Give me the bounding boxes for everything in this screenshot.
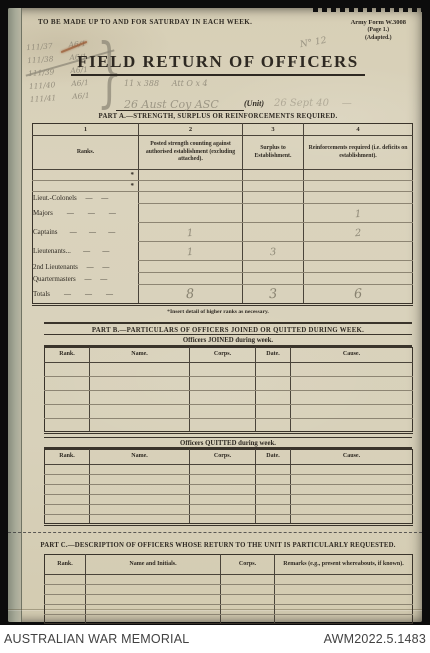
rank-label: Quartermasters — — bbox=[33, 273, 139, 285]
rank-label: Captains — — — bbox=[33, 223, 139, 242]
part-a-table: 1 2 3 4 Ranks. Posted strength counting … bbox=[32, 123, 413, 306]
rank-label: 2nd Lieutenants — — bbox=[33, 261, 139, 273]
empty-cell bbox=[190, 419, 256, 433]
part-c-empty-row bbox=[45, 585, 413, 595]
empty-cell bbox=[45, 475, 90, 485]
col-header-surplus: Surplus to Establishment. bbox=[243, 136, 304, 170]
empty-cell bbox=[90, 505, 190, 515]
empty-cell bbox=[190, 505, 256, 515]
header-corps: Corps. bbox=[221, 555, 275, 575]
empty-cell bbox=[45, 585, 86, 595]
part-c-header-row: Rank. Name and Initials. Corps. Remarks … bbox=[45, 555, 413, 575]
empty-cell bbox=[256, 485, 291, 495]
empty-cell bbox=[291, 495, 413, 505]
header-cause: Cause. bbox=[291, 450, 413, 465]
joined-empty-row bbox=[45, 419, 413, 433]
empty-cell bbox=[86, 615, 221, 625]
officers-joined-table: Rank. Name. Corps. Date. Cause. bbox=[44, 347, 413, 434]
empty-cell bbox=[45, 419, 90, 433]
empty-cell bbox=[86, 595, 221, 605]
handwritten-value: 2 bbox=[354, 229, 361, 239]
empty-cell bbox=[256, 475, 291, 485]
col-number: 3 bbox=[243, 124, 304, 136]
perforation-line bbox=[8, 532, 422, 533]
joined-empty-row bbox=[45, 377, 413, 391]
empty-cell bbox=[190, 485, 256, 495]
empty-cell bbox=[90, 363, 190, 377]
part-a-value-cell bbox=[139, 273, 243, 285]
empty-cell bbox=[45, 495, 90, 505]
empty-cell bbox=[221, 595, 275, 605]
col-header-reinforcements: Reinforcements required (i.e. deficits o… bbox=[304, 136, 413, 170]
empty-cell bbox=[291, 485, 413, 495]
part-c-empty-row bbox=[45, 595, 413, 605]
part-a-value-cell: 2 bbox=[304, 223, 413, 242]
col-header-posted-strength: Posted strength counting against authori… bbox=[139, 136, 243, 170]
empty-cell bbox=[275, 585, 413, 595]
part-a-value-cell bbox=[304, 170, 413, 181]
handwritten-value: 1 bbox=[354, 210, 361, 220]
officers-quitted-title: Officers QUITTED during week. bbox=[44, 437, 412, 449]
empty-cell bbox=[190, 391, 256, 405]
part-c-empty-row bbox=[45, 605, 413, 615]
rank-label: Totals — — — bbox=[33, 285, 139, 305]
handwritten-reference: 11 x 388 Att O x 4 bbox=[124, 79, 412, 88]
part-a-value-cell bbox=[304, 192, 413, 204]
unit-label: (Unit) bbox=[244, 99, 264, 108]
part-a-value-cell: 1 bbox=[304, 204, 413, 223]
empty-cell bbox=[45, 391, 90, 405]
header-date: Date. bbox=[256, 348, 291, 363]
quitted-empty-row bbox=[45, 475, 413, 485]
empty-cell bbox=[90, 405, 190, 419]
rank-label: Lieut.-Colonels — — bbox=[33, 192, 139, 204]
part-a-value-cell bbox=[243, 223, 304, 242]
rank-label: * bbox=[33, 181, 139, 192]
part-a-value-cell: 1 bbox=[139, 223, 243, 242]
part-a-totals-row: Totals — — —836 bbox=[33, 285, 413, 305]
part-a-value-cell: 8 bbox=[139, 285, 243, 305]
empty-cell bbox=[256, 505, 291, 515]
header-name: Name. bbox=[90, 348, 190, 363]
empty-cell bbox=[256, 405, 291, 419]
col-number: 4 bbox=[304, 124, 413, 136]
part-a-value-cell: 3 bbox=[243, 242, 304, 261]
empty-cell bbox=[190, 465, 256, 475]
part-a-column-numbers: 1 2 3 4 bbox=[33, 124, 413, 136]
header-rank: Rank. bbox=[45, 450, 90, 465]
part-a-value-cell: 1 bbox=[139, 242, 243, 261]
empty-cell bbox=[45, 465, 90, 475]
handwritten-value: 6 bbox=[353, 288, 362, 302]
header-cause: Cause. bbox=[291, 348, 413, 363]
part-a-star-row: * bbox=[33, 181, 413, 192]
header-date: Date. bbox=[256, 450, 291, 465]
handwritten-value: 3 bbox=[268, 288, 277, 302]
joined-empty-row bbox=[45, 363, 413, 377]
form-content: TO BE MADE UP TO AND FOR SATURDAY IN EAC… bbox=[8, 8, 422, 622]
empty-cell bbox=[90, 391, 190, 405]
photo-of-document: Army Form W.3008 (Page 1.) (Adapted.) N°… bbox=[0, 0, 430, 653]
empty-cell bbox=[90, 475, 190, 485]
empty-cell bbox=[86, 575, 221, 585]
empty-cell bbox=[190, 363, 256, 377]
unit-write-line: 26 Aust Coy ASC bbox=[116, 98, 244, 111]
empty-cell bbox=[256, 515, 291, 525]
header-name-initials: Name and Initials. bbox=[86, 555, 221, 575]
archive-caption-bar: AUSTRALIAN WAR MEMORIAL AWM2022.5.1483 bbox=[0, 625, 430, 653]
part-a-header-row: Ranks. Posted strength counting against … bbox=[33, 136, 413, 170]
empty-cell bbox=[45, 377, 90, 391]
empty-cell bbox=[291, 419, 413, 433]
empty-cell bbox=[86, 585, 221, 595]
part-a-value-cell bbox=[243, 181, 304, 192]
part-c-empty-row bbox=[45, 575, 413, 585]
handwritten-value: 3 bbox=[269, 248, 276, 258]
empty-cell bbox=[256, 495, 291, 505]
part-a-value-cell bbox=[243, 170, 304, 181]
rank-label: Majors — — — bbox=[33, 204, 139, 223]
empty-cell bbox=[190, 405, 256, 419]
joined-empty-row bbox=[45, 391, 413, 405]
part-a-value-cell bbox=[304, 273, 413, 285]
empty-cell bbox=[45, 595, 86, 605]
part-a-value-cell bbox=[139, 170, 243, 181]
part-a-rank-row: Lieut.-Colonels — — bbox=[33, 192, 413, 204]
empty-cell bbox=[291, 505, 413, 515]
empty-cell bbox=[45, 485, 90, 495]
empty-cell bbox=[275, 575, 413, 585]
quitted-header-row: Rank. Name. Corps. Date. Cause. bbox=[45, 450, 413, 465]
rank-label: Lieutenants... — — bbox=[33, 242, 139, 261]
empty-cell bbox=[256, 391, 291, 405]
empty-cell bbox=[275, 595, 413, 605]
part-a-value-cell bbox=[139, 192, 243, 204]
empty-cell bbox=[291, 377, 413, 391]
empty-cell bbox=[190, 495, 256, 505]
rank-label: * bbox=[33, 170, 139, 181]
title-row: FIELD RETURN OF OFFICERS bbox=[24, 52, 412, 76]
empty-cell bbox=[256, 363, 291, 377]
empty-cell bbox=[45, 575, 86, 585]
institution-name: AUSTRALIAN WAR MEMORIAL bbox=[4, 632, 189, 646]
part-a-value-cell bbox=[139, 204, 243, 223]
empty-cell bbox=[90, 465, 190, 475]
col-number: 1 bbox=[33, 124, 139, 136]
part-a-caption: PART A.—STRENGTH, SURPLUS OR REINFORCEME… bbox=[24, 113, 412, 120]
empty-cell bbox=[45, 363, 90, 377]
handwritten-date: 26 Sept 40 — bbox=[274, 98, 352, 109]
header-rank: Rank. bbox=[45, 348, 90, 363]
top-instruction: TO BE MADE UP TO AND FOR SATURDAY IN EAC… bbox=[38, 18, 412, 26]
empty-cell bbox=[190, 475, 256, 485]
handwritten-value: 8 bbox=[186, 288, 195, 302]
empty-cell bbox=[45, 615, 86, 625]
header-name: Name. bbox=[90, 450, 190, 465]
part-a-star-row: * bbox=[33, 170, 413, 181]
empty-cell bbox=[256, 465, 291, 475]
archive-id: AWM2022.5.1483 bbox=[324, 632, 426, 646]
handwritten-value: 1 bbox=[187, 229, 194, 239]
empty-cell bbox=[291, 465, 413, 475]
empty-cell bbox=[90, 377, 190, 391]
quitted-empty-row bbox=[45, 515, 413, 525]
empty-cell bbox=[275, 615, 413, 625]
empty-cell bbox=[291, 391, 413, 405]
joined-empty-row bbox=[45, 405, 413, 419]
empty-cell bbox=[291, 363, 413, 377]
part-a-value-cell: 3 bbox=[243, 285, 304, 305]
header-corps: Corps. bbox=[190, 450, 256, 465]
col-header-ranks: Ranks. bbox=[33, 136, 139, 170]
quitted-empty-row bbox=[45, 505, 413, 515]
quitted-empty-row bbox=[45, 465, 413, 475]
empty-cell bbox=[90, 419, 190, 433]
empty-cell bbox=[221, 615, 275, 625]
quitted-empty-row bbox=[45, 485, 413, 495]
part-a-rank-row: 2nd Lieutenants — — bbox=[33, 261, 413, 273]
empty-cell bbox=[256, 377, 291, 391]
header-rank: Rank. bbox=[45, 555, 86, 575]
part-c-table: Rank. Name and Initials. Corps. Remarks … bbox=[44, 554, 413, 626]
part-a-rank-row: Lieutenants... — —13 bbox=[33, 242, 413, 261]
handwritten-value: 1 bbox=[187, 248, 194, 258]
empty-cell bbox=[256, 419, 291, 433]
part-a-value-cell bbox=[243, 261, 304, 273]
empty-cell bbox=[190, 377, 256, 391]
part-a-value-cell: 6 bbox=[304, 285, 413, 305]
part-a-value-cell bbox=[243, 192, 304, 204]
empty-cell bbox=[90, 485, 190, 495]
officers-quitted-table: Rank. Name. Corps. Date. Cause. bbox=[44, 449, 413, 526]
empty-cell bbox=[90, 495, 190, 505]
handwritten-unit: 26 Aust Coy ASC bbox=[124, 98, 219, 111]
empty-cell bbox=[190, 515, 256, 525]
part-c-caption: PART C.—DESCRIPTION OF OFFICERS WHOSE RE… bbox=[40, 541, 396, 550]
col-number: 2 bbox=[139, 124, 243, 136]
unit-line: 26 Aust Coy ASC(Unit)26 Sept 40 — bbox=[24, 93, 412, 107]
form-title: FIELD RETURN OF OFFICERS bbox=[71, 52, 364, 76]
part-a-rank-row: Quartermasters — — bbox=[33, 273, 413, 285]
joined-header-row: Rank. Name. Corps. Date. Cause. bbox=[45, 348, 413, 363]
empty-cell bbox=[221, 575, 275, 585]
part-a-value-cell bbox=[139, 181, 243, 192]
empty-cell bbox=[291, 475, 413, 485]
part-a-footnote: *Insert detail of higher ranks as necess… bbox=[24, 309, 412, 315]
empty-cell bbox=[221, 605, 275, 615]
part-c-empty-row bbox=[45, 615, 413, 625]
header-corps: Corps. bbox=[190, 348, 256, 363]
empty-cell bbox=[45, 405, 90, 419]
empty-cell bbox=[291, 405, 413, 419]
document-page: Army Form W.3008 (Page 1.) (Adapted.) N°… bbox=[8, 8, 422, 622]
empty-cell bbox=[45, 505, 90, 515]
part-a-value-cell bbox=[139, 261, 243, 273]
empty-cell bbox=[221, 585, 275, 595]
part-a-rank-row: Captains — — —12 bbox=[33, 223, 413, 242]
empty-cell bbox=[86, 605, 221, 615]
empty-cell bbox=[90, 515, 190, 525]
header-remarks: Remarks (e.g., present whereabouts, if k… bbox=[275, 555, 413, 575]
part-a-value-cell bbox=[243, 204, 304, 223]
empty-cell bbox=[45, 605, 86, 615]
empty-cell bbox=[275, 605, 413, 615]
part-b-caption: PART B.—PARTICULARS OF OFFICERS JOINED O… bbox=[44, 322, 412, 335]
quitted-empty-row bbox=[45, 495, 413, 505]
part-a-value-cell bbox=[304, 181, 413, 192]
empty-cell bbox=[291, 515, 413, 525]
part-a-value-cell bbox=[304, 242, 413, 261]
part-a-value-cell bbox=[243, 273, 304, 285]
part-a-rank-row: Majors — — —1 bbox=[33, 204, 413, 223]
part-a-value-cell bbox=[304, 261, 413, 273]
empty-cell bbox=[45, 515, 90, 525]
